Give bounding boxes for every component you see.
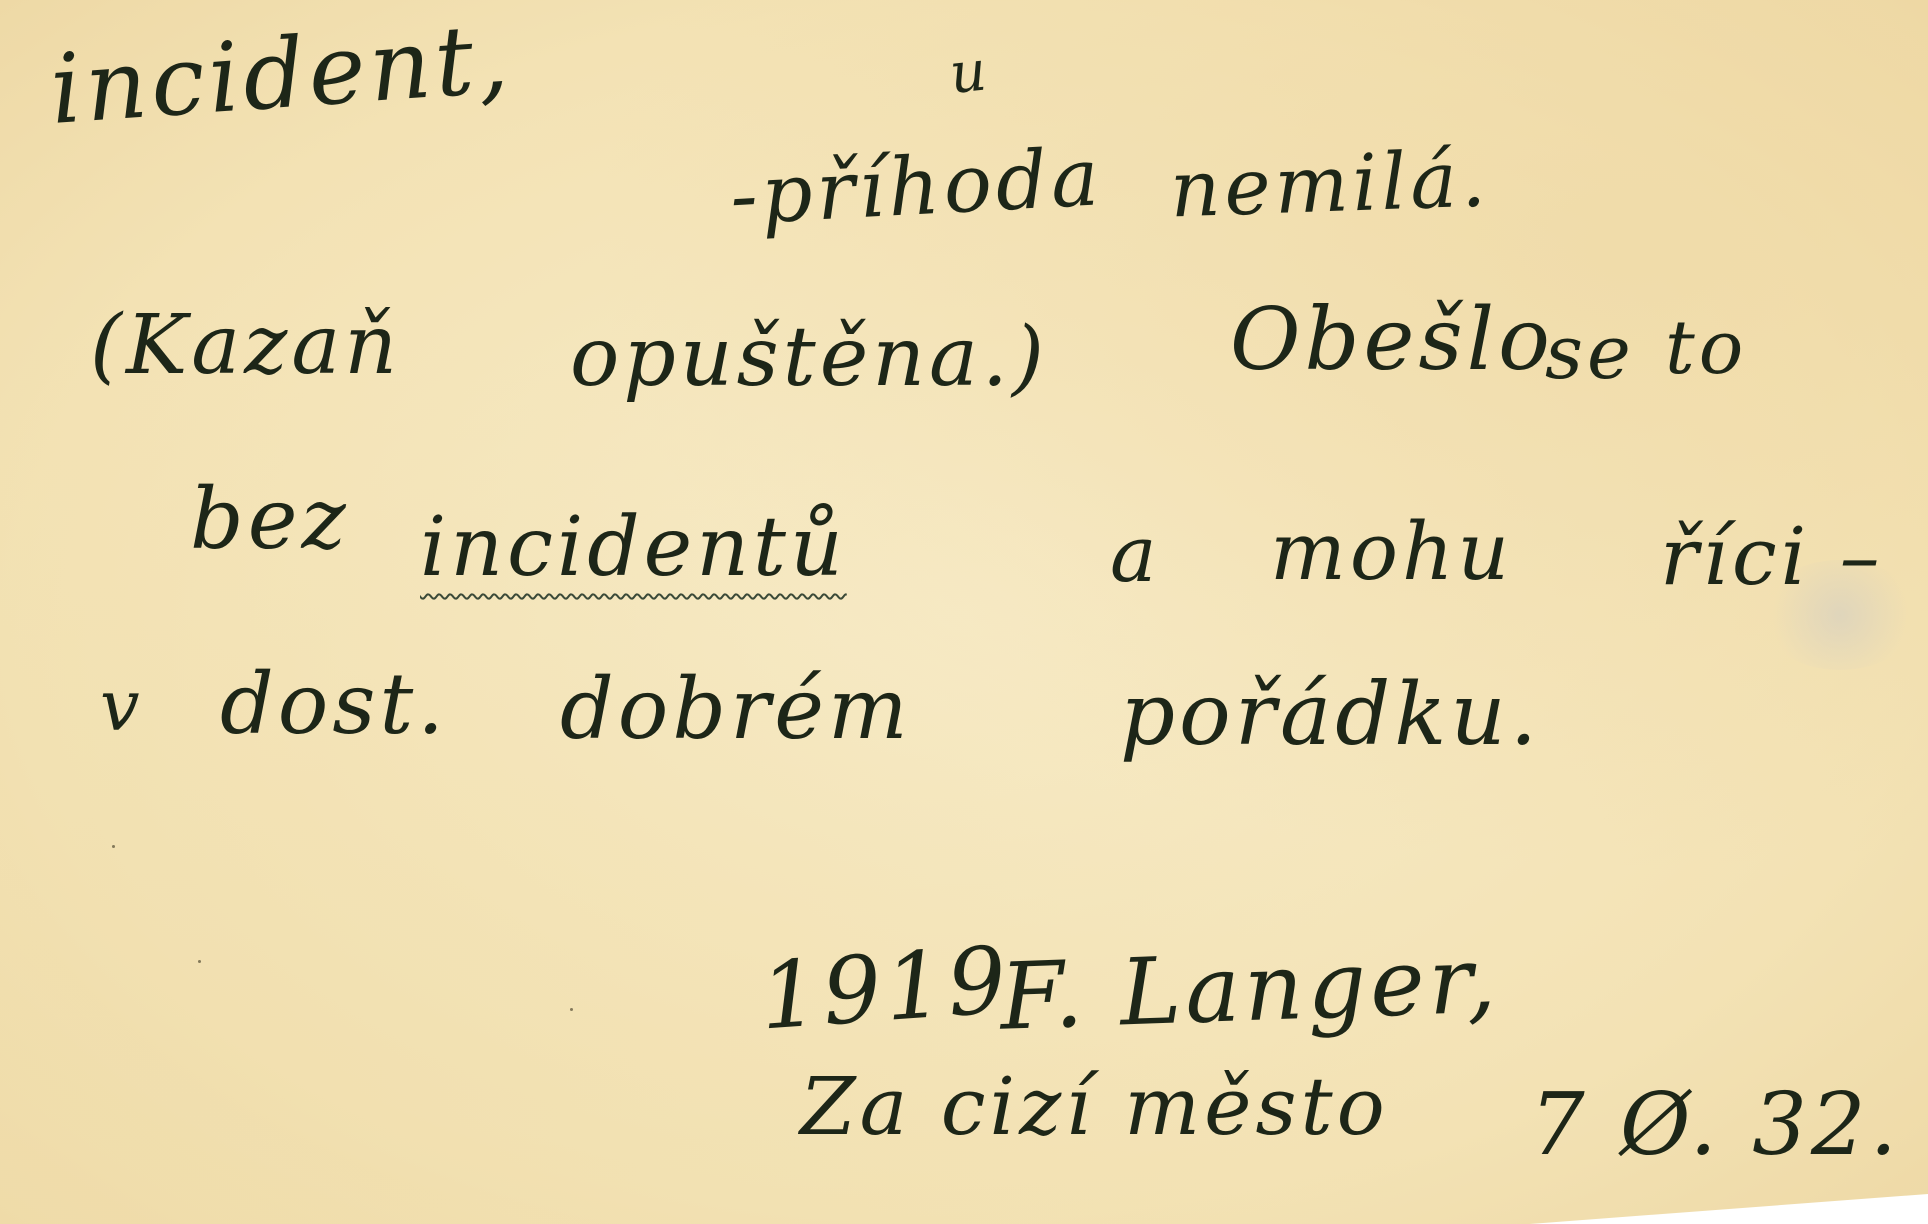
word-incident: incident,	[47, 2, 516, 146]
word-dobrem: dobrém	[560, 660, 912, 758]
word-obeslo: Obešlo	[1230, 290, 1554, 390]
word-kazan: (Kazaň	[90, 298, 401, 393]
word-rici: říci –	[1660, 510, 1884, 603]
word-mohu: mohu	[1270, 505, 1513, 598]
signature-year: 1919	[757, 926, 1014, 1050]
word-dost: dost.	[220, 655, 448, 753]
word-poradku: pořádku.	[1120, 665, 1541, 765]
word-v: v	[100, 665, 144, 747]
signature-reference: 7 Ø. 32.	[1530, 1075, 1901, 1175]
word-se: se	[1545, 310, 1635, 396]
word-a: a	[1110, 510, 1161, 600]
word-opustena: opuštěna.)	[570, 310, 1048, 405]
word-to: to	[1665, 305, 1747, 391]
word-prihoda: -příhoda	[728, 130, 1105, 242]
word-nemila: nemilá.	[1169, 134, 1492, 235]
paper-sheet: incident, u -příhoda nemilá. (Kazaň opuš…	[0, 0, 1928, 1224]
word-u: u	[947, 38, 994, 107]
signature-subscript: Za cizí město	[800, 1060, 1389, 1153]
paper-speck	[112, 845, 115, 848]
paper-speck	[570, 1008, 573, 1011]
word-incidentu-underlined: incidentů	[420, 500, 847, 595]
word-bez: bez	[190, 470, 350, 568]
paper-speck	[198, 960, 201, 963]
signature-name: F. Langer,	[998, 926, 1501, 1050]
